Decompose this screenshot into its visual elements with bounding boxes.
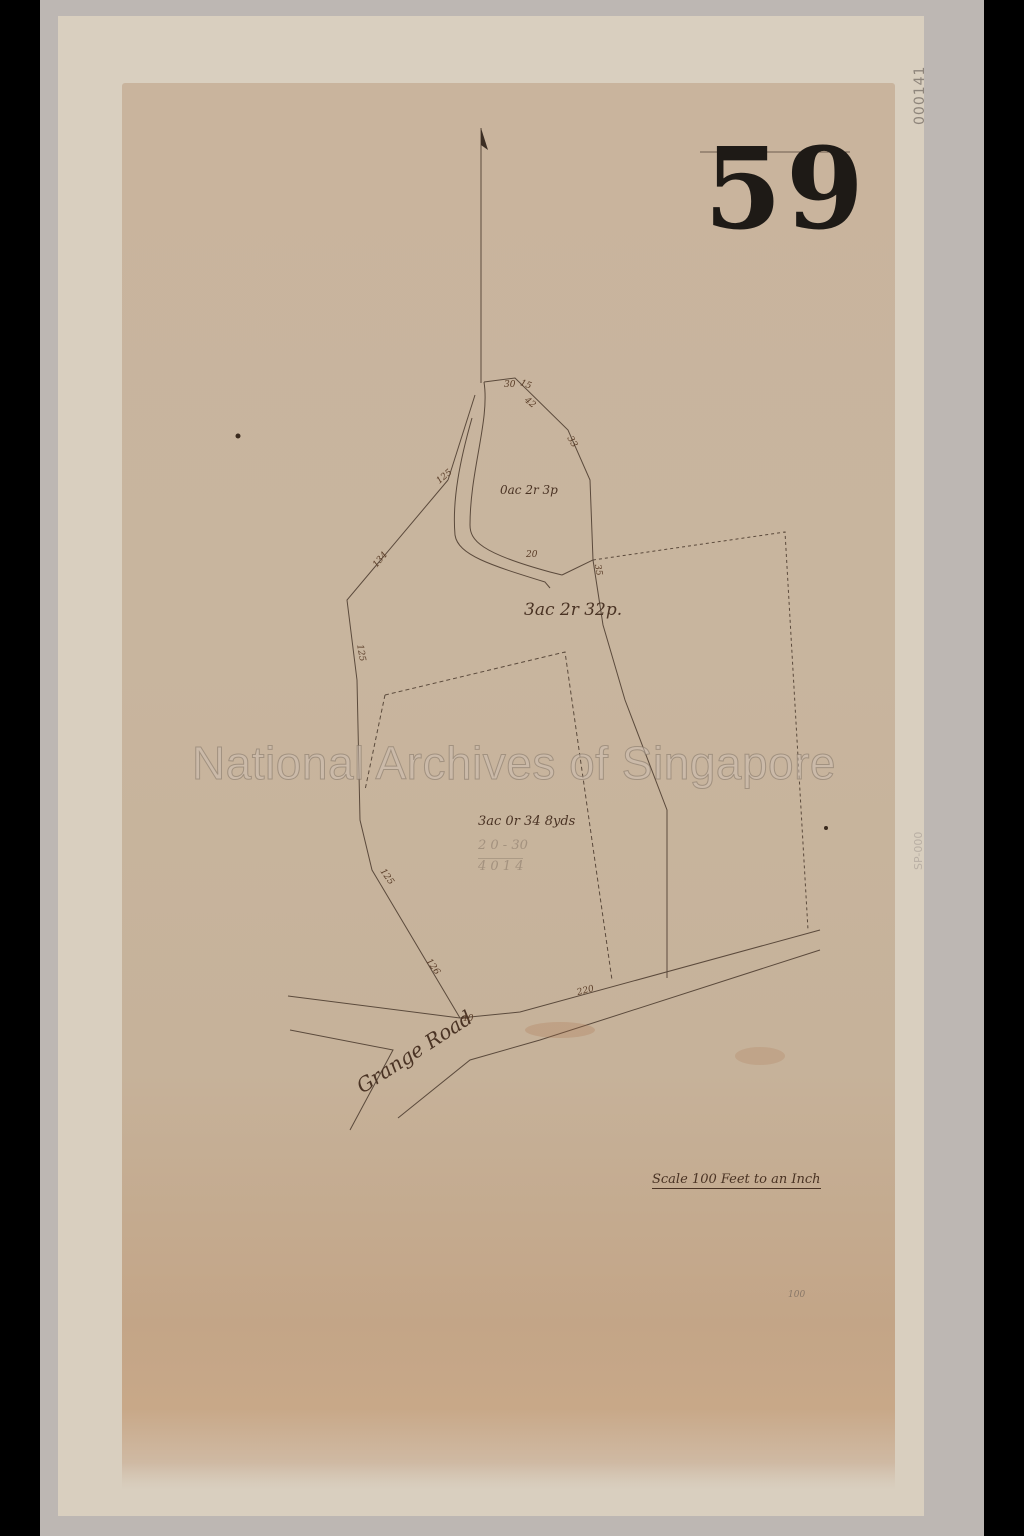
stencil-sheet-number: 59 (704, 134, 868, 246)
margin-mark: 100 (788, 1290, 805, 1300)
lot-area-middle: 3ac 2r 32p. (524, 600, 622, 620)
measurement-label: 35 (592, 563, 604, 576)
measurement-label: 30 (504, 380, 515, 390)
watermark: National Archives of Singapore (104, 736, 924, 790)
secondary-catalog-number: SP-000 (912, 832, 925, 870)
faint-calc-line-1: 2 0 - 30 (478, 838, 528, 853)
north-arrow-icon (481, 128, 488, 150)
scale-label: Scale 100 Feet to an Inch (652, 1172, 821, 1189)
measurement-label: 20 (526, 550, 537, 560)
catalog-number: 000141 (912, 66, 928, 125)
lot-area-upper: 0ac 2r 3p (500, 483, 558, 497)
faint-calc-line-2: 4 0 1 4 (478, 858, 523, 874)
east-neighbour-boundary (593, 532, 808, 930)
lot-area-lower: 3ac 0r 34 8yds (478, 814, 575, 829)
grange-road-north-edge (288, 930, 820, 1018)
measurement-label: 40 (462, 1014, 473, 1024)
upper-lot-boundary (484, 378, 593, 575)
